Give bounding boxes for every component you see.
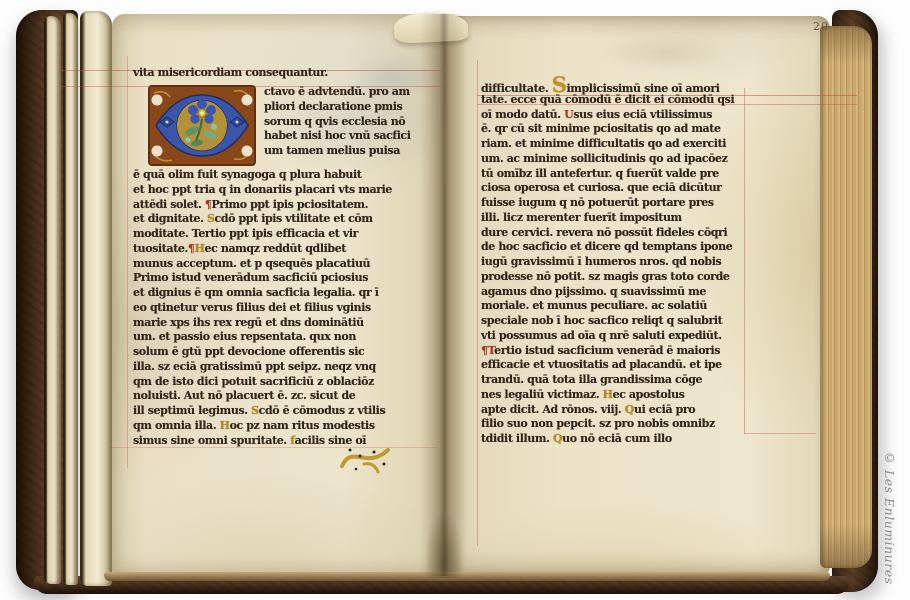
text-segment: cdō ppt ipis vtilitate et cōm [215, 212, 373, 225]
text-segment: um tamen melius puisa [264, 144, 400, 157]
text-segment: cdō ē cōmodus z vtilis [259, 404, 386, 417]
text-segment: et hoc ppt tria q in donariis placari vt… [133, 183, 392, 196]
manuscript-text-line: agamus dno pijssimo. q suavissimū me [481, 285, 775, 300]
fore-edge-page-stack [820, 26, 872, 568]
illuminated-initial-icon [148, 85, 256, 166]
text-segment: H [220, 419, 230, 432]
folio-number: 20 [804, 20, 838, 33]
text-segment: uo nō eciā cum illo [562, 432, 672, 445]
text-segment: ¶ [188, 242, 195, 255]
text-segment: nes legaliū victimaz. [481, 388, 603, 401]
manuscript-text-line: um. et passio eius repsentata. qux non [133, 330, 392, 345]
text-segment: U [564, 108, 573, 121]
manuscript-text-line: et dignitate. Scdō ppt ipis vtilitate et… [133, 212, 392, 227]
text-segment: Q [553, 432, 562, 445]
header-line: vita misericordiam consequantur. [133, 66, 433, 81]
manuscript-text-line: habet nisi hoc vnū sacfici [264, 129, 411, 144]
page-edge-stack [63, 13, 78, 585]
manuscript-text-line: um. ac minime sollicitudinis qo ad ipacō… [481, 152, 775, 167]
manuscript-text-line: sorum q qvis ecclesia nō [264, 115, 411, 130]
manuscript-text-line: qm omnia illa. Hoc pz nam ritus modestis [133, 419, 392, 434]
manuscript-photo: vita misericordiam consequantur. ctavo ē… [0, 0, 910, 600]
manuscript-text-line: marie xps ihs rex regū et dns dominātiū [133, 316, 392, 331]
text-segment: dure cervici. revera nō possūt fideles c… [481, 226, 727, 239]
text-segment: illi. licz merenter fuerīt impositum [481, 211, 682, 224]
manuscript-text-line: ill septimū legimus. Scdō ē cōmodus z vt… [133, 404, 392, 419]
text-segment: tdidit illum. [481, 432, 553, 445]
gutter-shadow-bottom [426, 470, 462, 578]
manuscript-text-line: ciosa operosa et curiosa. que eciā dicūt… [481, 181, 775, 196]
page-block-bottom-edge [104, 572, 830, 581]
text-segment: H [195, 242, 205, 255]
text-segment: habet nisi hoc vnū sacfici [264, 129, 411, 142]
text-segment: speciale nob ī hoc sacfico reliqt q salu… [481, 314, 722, 327]
manuscript-text-line: prodesse nō potit. sz magis gras toto co… [481, 270, 775, 285]
text-segment: oc pz nam ritus modestis [230, 419, 375, 432]
manuscript-text-line: munus acceptum. et p qsequēs placatiuū [133, 257, 392, 272]
text-segment: simus sine omni spuritate. [133, 434, 290, 447]
text-segment: de hoc sacficio et dicere qd temptans ip… [481, 240, 732, 253]
ink-showthrough [600, 36, 730, 70]
manuscript-text-line: et dignius ē qm omnia sacficia legalia. … [133, 286, 392, 301]
text-segment: sorum q qvis ecclesia nō [264, 115, 405, 128]
text-segment: eo qtinetur verus filius dei et filius v… [133, 301, 371, 314]
manuscript-text-line: tdidit illum. Quo nō eciā cum illo [481, 432, 775, 447]
manuscript-text-line: nes legaliū victimaz. Hec apostolus [481, 388, 775, 403]
text-segment: tuositate. [133, 242, 188, 255]
manuscript-text-line: Primo istud venerādum sacficiū pciosius [133, 271, 392, 286]
manuscript-text-line: tuositate.¶Hec namqz reddūt qdlibet [133, 242, 392, 257]
text-segment: attēdi solet. [133, 198, 205, 211]
manuscript-text-line: moditate. Tertio ppt ipis efficacia et v… [133, 227, 392, 242]
text-segment: um. et passio eius repsentata. qux non [133, 330, 356, 343]
manuscript-text-line: um tamen melius puisa [264, 144, 411, 159]
manuscript-text-line: apte dicit. Ad rōnos. viij. Qui eciā pro [481, 403, 775, 418]
manuscript-text-line: illi. licz merenter fuerīt impositum [481, 211, 775, 226]
text-segment: um. ac minime sollicitudinis qo ad ipacō… [481, 152, 728, 165]
manuscript-text-line: qm de isto dici potuit sacrificiū z obla… [133, 375, 392, 390]
manuscript-text-line: solum ē gtū ppt devocione offerentis sic [133, 345, 392, 360]
text-segment: ill septimū legimus. [133, 404, 251, 417]
photo-credit: © Les Enluminures [882, 450, 897, 590]
manuscript-text-line: difficultate. Simplicissimū sine oī amor… [481, 78, 775, 93]
text-segment: apte dicit. Ad rōnos. viij. [481, 403, 625, 416]
manuscript-text-line: trandū. quā tota illa grandissima cōge [481, 373, 775, 388]
text-segment: S [207, 212, 215, 225]
manuscript-text-line: illa. sz eciā gratissimū ppt seipz. neqz… [133, 360, 392, 375]
manuscript-text-line: noluisti. Aut nō placuert ē. zc. sicut d… [133, 389, 392, 404]
text-segment: filio suo non pepcit. sz pro nobis omnib… [481, 417, 715, 430]
wrapped-lines-beside-initial: ctavo ē advtendū. pro ampliori declarati… [264, 85, 411, 159]
text-segment: ui eciā pro [634, 403, 695, 416]
manuscript-text-line: iugū gravissimū ī humeros nros. qd nobis [481, 255, 775, 270]
text-segment: fuisse iugum q nō potuerūt portare pres [481, 196, 714, 209]
manuscript-text-line: ¶Tertio istud sacficium venerād ē maiori… [481, 344, 775, 359]
text-segment: pliori declaratione pmis [264, 100, 402, 113]
page-edge-stack [80, 11, 112, 586]
text-segment: qm omnia illa. [133, 419, 220, 432]
manuscript-text-line: tū omībz ill antefertur. q fuerūt valde … [481, 167, 775, 182]
text-segment: efficacie et vtuositatis ad placandū. et… [481, 358, 722, 371]
text-segment: moditate. Tertio ppt ipis efficacia et v… [133, 227, 358, 240]
header-text: vita misericordiam consequantur. [133, 66, 328, 79]
text-segment: agamus dno pijssimo. q suavissimū me [481, 285, 706, 298]
manuscript-text-line: ctavo ē advtendū. pro am [264, 85, 411, 100]
gold-flourish-icon [336, 442, 398, 474]
left-text-column: vita misericordiam consequantur. ctavo ē… [133, 66, 433, 81]
manuscript-text-line: moriale. et munus peculiare. ac solatiū [481, 299, 775, 314]
text-segment: oī modo datū. [481, 108, 564, 121]
left-page-text-block: ē quā olim fuit synagoga q plura habuite… [133, 168, 392, 448]
text-segment: Primo ppt ipis pciositatem. [211, 198, 368, 211]
text-segment: riam. et minime difficultatis qo ad exer… [481, 137, 726, 150]
manuscript-text-line: vti possumus ad oīa q nrē saluti expediū… [481, 329, 775, 344]
page-edge-stack [44, 16, 61, 584]
text-segment: moriale. et munus peculiare. ac solatiū [481, 299, 707, 312]
manuscript-text-line: oī modo datū. Usus eius eciā vtilissimus [481, 108, 775, 123]
text-segment: sus eius eciā vtilissimus [573, 108, 712, 121]
text-segment: munus acceptum. et p qsequēs placatiuū [133, 257, 370, 270]
text-segment: Q [625, 403, 634, 416]
text-segment: ec namqz reddūt qdlibet [205, 242, 346, 255]
text-segment: ē quā olim fuit synagoga q plura habuit [133, 168, 361, 181]
text-segment: ertio istud sacficium venerād ē maioris [494, 344, 720, 357]
manuscript-text-line: riam. et minime difficultatis qo ad exer… [481, 137, 775, 152]
text-segment: qm de isto dici potuit sacrificiū z obla… [133, 375, 374, 388]
manuscript-text-line: efficacie et vtuositatis ad placandū. et… [481, 358, 775, 373]
text-segment: et dignius ē qm omnia sacficia legalia. … [133, 286, 379, 299]
manuscript-text-line: ē. qr cū sit minime pciositatis qo ad ma… [481, 122, 775, 137]
text-segment: tate. ecce quā cōmodū ē dicit ei cōmodū … [481, 93, 734, 106]
manuscript-text-line: et hoc ppt tria q in donariis placari vt… [133, 183, 392, 198]
text-segment: marie xps ihs rex regū et dns dominātiū [133, 316, 364, 329]
text-segment: iugū gravissimū ī humeros nros. qd nobis [481, 255, 721, 268]
manuscript-text-line: ē quā olim fuit synagoga q plura habuit [133, 168, 392, 183]
manuscript-text-line: fuisse iugum q nō potuerūt portare pres [481, 196, 775, 211]
ruling-line [477, 60, 478, 546]
manuscript-text-line: dure cervici. revera nō possūt fideles c… [481, 226, 775, 241]
text-segment: H [603, 388, 613, 401]
manuscript-text-line: de hoc sacficio et dicere qd temptans ip… [481, 240, 775, 255]
text-segment: ē. qr cū sit minime pciositatis qo ad ma… [481, 122, 721, 135]
text-segment: solum ē gtū ppt devocione offerentis sic [133, 345, 364, 358]
manuscript-text-line: attēdi solet. ¶Primo ppt ipis pciositate… [133, 198, 392, 213]
text-segment: prodesse nō potit. sz magis gras toto co… [481, 270, 729, 283]
text-segment: S [251, 404, 259, 417]
text-segment: trandū. quā tota illa grandissima cōge [481, 373, 702, 386]
manuscript-text-line: tate. ecce quā cōmodū ē dicit ei cōmodū … [481, 93, 775, 108]
text-segment: tū omībz ill antefertur. q fuerūt valde … [481, 167, 719, 180]
text-segment: Primo istud venerādum sacficiū pciosius [133, 271, 368, 284]
manuscript-text-line: eo qtinetur verus filius dei et filius v… [133, 301, 392, 316]
text-segment: illa. sz eciā gratissimū ppt seipz. neqz… [133, 360, 376, 373]
manuscript-text-line: pliori declaratione pmis [264, 100, 411, 115]
ruling-line [127, 56, 128, 468]
text-segment: ec apostolus [613, 388, 685, 401]
text-segment: ctavo ē advtendū. pro am [264, 85, 410, 98]
text-segment: ¶T [481, 344, 494, 357]
manuscript-text-line: filio suo non pepcit. sz pro nobis omnib… [481, 417, 775, 432]
text-segment: et dignitate. [133, 212, 207, 225]
text-segment: vti possumus ad oīa q nrē saluti expediū… [481, 329, 722, 342]
text-segment: ciosa operosa et curiosa. que eciā dicūt… [481, 181, 722, 194]
manuscript-text-line: speciale nob ī hoc sacfico reliqt q salu… [481, 314, 775, 329]
text-segment: noluisti. Aut nō placuert ē. zc. sicut d… [133, 389, 355, 402]
right-text-column: difficultate. Simplicissimū sine oī amor… [481, 78, 775, 447]
